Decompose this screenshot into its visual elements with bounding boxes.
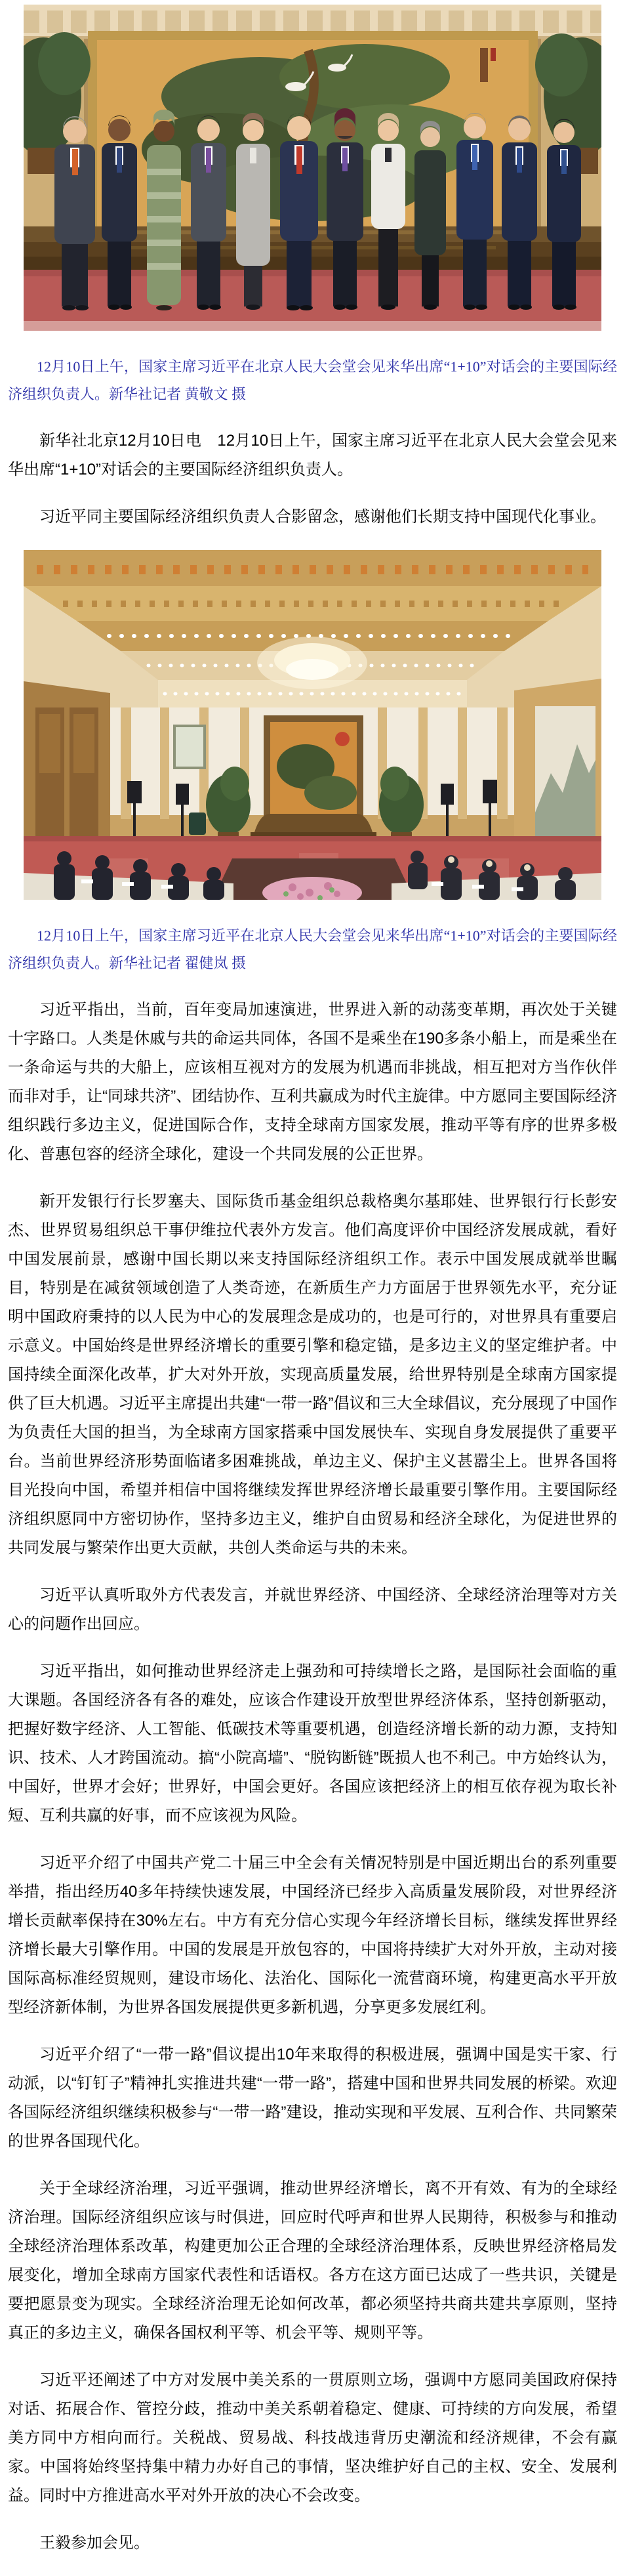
group-photo bbox=[24, 5, 601, 331]
photo-caption-2: 12月10日上午，国家主席习近平在北京人民大会堂会见来华出席“1+10”对话会的… bbox=[8, 922, 617, 977]
paragraph: 习近平指出，如何推动世界经济走上强劲和可持续增长之路，是国际社会面临的重大课题。… bbox=[8, 1657, 617, 1830]
meeting-photo bbox=[24, 550, 601, 900]
paragraph: 习近平介绍了“一带一路”倡议提出10年来取得的积极进展，强调中国是实干家、行动派… bbox=[8, 2040, 617, 2156]
paragraph: 习近平认真听取外方代表发言，并就世界经济、中国经济、全球经济治理等对方关心的问题… bbox=[8, 1581, 617, 1639]
paragraph: 习近平介绍了中国共产党二十届三中全会有关情况特别是中国近期出台的系列重要举措，指… bbox=[8, 1849, 617, 2022]
photo-caption-1: 12月10日上午，国家主席习近平在北京人民大会堂会见来华出席“1+10”对话会的… bbox=[8, 353, 617, 408]
paragraph-lead: 新华社北京12月10日电 12月10日上午，国家主席习近平在北京人民大会堂会见来… bbox=[8, 427, 617, 484]
paragraph-closing: 王毅参加会见。 bbox=[8, 2529, 617, 2558]
paragraph: 关于全球经济治理，习近平强调，推动世界经济增长，离不开有效、有为的全球经济治理。… bbox=[8, 2174, 617, 2348]
article-page: 12月10日上午，国家主席习近平在北京人民大会堂会见来华出席“1+10”对话会的… bbox=[0, 5, 625, 2558]
meeting-photo-illustration bbox=[24, 550, 601, 900]
paragraph: 习近平同主要国际经济组织负责人合影留念，感谢他们长期支持中国现代化事业。 bbox=[8, 503, 617, 532]
paragraph: 习近平还阐述了中方对发展中美关系的一贯原则立场，强调中方愿同美国政府保持对话、拓… bbox=[8, 2366, 617, 2510]
group-photo-illustration bbox=[24, 5, 601, 331]
paragraph: 习近平指出，当前，百年变局加速演进，世界进入新的动荡变革期，再次处于关键十字路口… bbox=[8, 996, 617, 1169]
paragraph: 新开发银行行长罗塞夫、国际货币基金组织总裁格奥尔基耶娃、世界银行行长彭安杰、世界… bbox=[8, 1187, 617, 1563]
